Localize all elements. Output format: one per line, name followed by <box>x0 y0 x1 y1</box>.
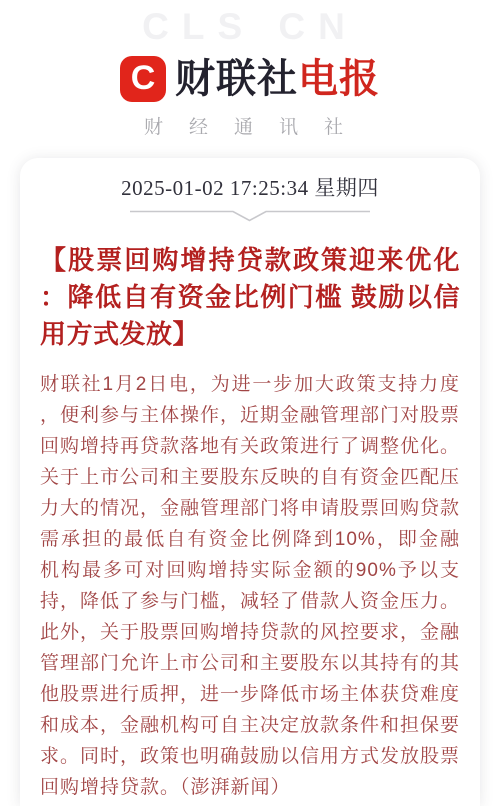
brand-subtitle: 财经通讯社 <box>0 112 500 139</box>
cailianshe-c-logo-icon: C <box>120 56 166 102</box>
article-body: 财联社1月2日电，为进一步加大政策支持力度，便利参与主体操作，近期金融管理部门对… <box>40 369 460 803</box>
cls-cn-watermark: CLS CN <box>0 6 500 48</box>
brand-name: 财联社电报 <box>175 57 380 101</box>
date-divider <box>40 210 460 223</box>
article-card: 2025-01-02 17:25:34 星期四 【股票回购增持贷款政策迎来优化：… <box>20 158 480 806</box>
brand-name-primary: 财联社 <box>175 57 298 101</box>
article-datetime: 2025-01-02 17:25:34 星期四 <box>40 175 460 201</box>
article-headline: 【股票回购增持贷款政策迎来优化：降低自有资金比例门槛 鼓励以信用方式发放】 <box>40 242 460 353</box>
brand-name-accent: 电报 <box>298 57 380 101</box>
news-share-page: { "watermark": "CLS CN", "brand": { "log… <box>0 0 500 806</box>
divider-notch-icon <box>130 210 370 223</box>
brand-header: C 财联社电报 <box>0 56 500 102</box>
